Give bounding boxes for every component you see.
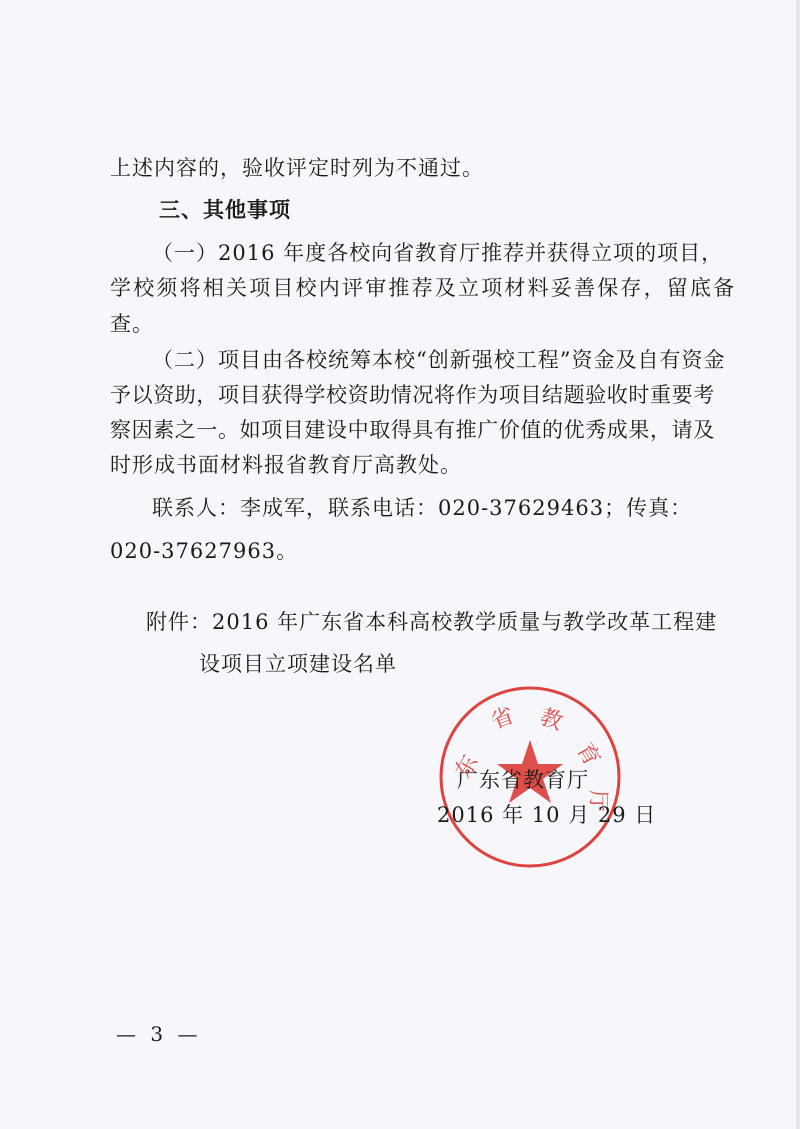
svg-text:教: 教 xyxy=(536,705,565,736)
page-number: — 3 — xyxy=(116,1022,201,1046)
body-line: 察因素之一。如项目建设中取得具有推广价值的优秀成果，请及 xyxy=(110,417,715,443)
svg-text:育: 育 xyxy=(572,739,605,771)
body-line: （二）项目由各校统筹本校“创新强校工程”资金及自有资金 xyxy=(152,347,725,373)
page-edge xyxy=(796,0,800,1129)
section-heading: 三、其他事项 xyxy=(159,197,291,223)
body-line: （一）2016 年度各校向省教育厅推荐并获得立项的项目， xyxy=(152,240,723,266)
fax-line: 020-37627963。 xyxy=(110,538,298,564)
body-line: 上述内容的，验收评定时列为不通过。 xyxy=(110,155,484,181)
signature-date: 2016 年 10 月 29 日 xyxy=(437,802,656,828)
document-page: 上述内容的，验收评定时列为不通过。 三、其他事项 （一）2016 年度各校向省教… xyxy=(0,0,800,1129)
attachment-line-2: 设项目立项建设名单 xyxy=(199,651,397,677)
signature-org: 广东省教育厅 xyxy=(457,767,589,793)
svg-text:省: 省 xyxy=(488,703,517,734)
body-line: 时形成书面材料报省教育厅高教处。 xyxy=(110,452,462,478)
contact-line: 联系人：李成军，联系电话：020-37629463；传真： xyxy=(152,495,692,521)
body-line: 予以资助，项目获得学校资助情况将作为项目结题验收时重要考 xyxy=(110,382,715,408)
body-line: 查。 xyxy=(110,311,154,337)
attachment-line-1: 附件：2016 年广东省本科高校教学质量与教学改革工程建 xyxy=(146,609,717,635)
body-line: 学校须将相关项目校内评审推荐及立项材料妥善保存，留底备 xyxy=(110,275,736,301)
